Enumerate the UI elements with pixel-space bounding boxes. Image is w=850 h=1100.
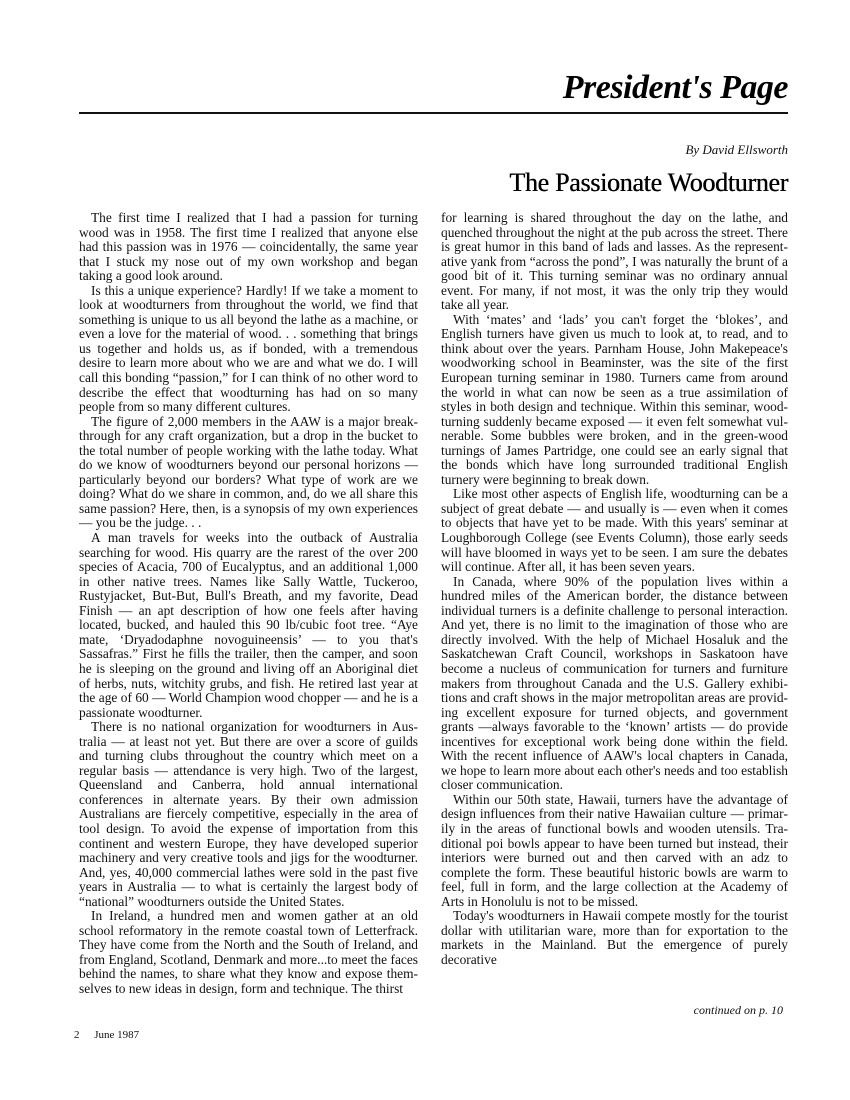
paragraph: A man travels for weeks into the outback… <box>79 531 418 720</box>
paragraph: In Canada, where 90% of the population l… <box>441 575 788 793</box>
header-rule <box>79 112 788 114</box>
article-title: The Passionate Woodturner <box>509 168 788 198</box>
paragraph: Today's woodturners in Hawaii compete mo… <box>441 909 788 967</box>
page-number: 2 <box>74 1029 80 1041</box>
byline: By David Ellsworth <box>685 142 788 158</box>
continued-note: continued on p. 10 <box>694 1003 783 1018</box>
paragraph: There is no national organization for wo… <box>79 720 418 909</box>
paragraph: The figure of 2,000 members in the AAW i… <box>79 415 418 531</box>
paragraph: With ‘mates’ and ‘lads’ you can't forget… <box>441 313 788 488</box>
page-footer: 2 June 1987 <box>74 1029 139 1041</box>
paragraph: Like most other aspects of English life,… <box>441 487 788 574</box>
left-column: The first time I realized that I had a p… <box>79 211 418 997</box>
section-title: President's Page <box>563 68 788 108</box>
issue-date: June 1987 <box>94 1029 139 1041</box>
paragraph: In Ireland, a hundred men and women gath… <box>79 909 418 996</box>
right-column: for learning is shared throughout the da… <box>441 211 788 967</box>
paragraph: Within our 50th state, Hawaii, turners h… <box>441 793 788 909</box>
paragraph: The first time I realized that I had a p… <box>79 211 418 284</box>
paragraph: Is this a unique experience? Hardly! If … <box>79 284 418 415</box>
paragraph-continuation: for learning is shared throughout the da… <box>441 211 788 313</box>
